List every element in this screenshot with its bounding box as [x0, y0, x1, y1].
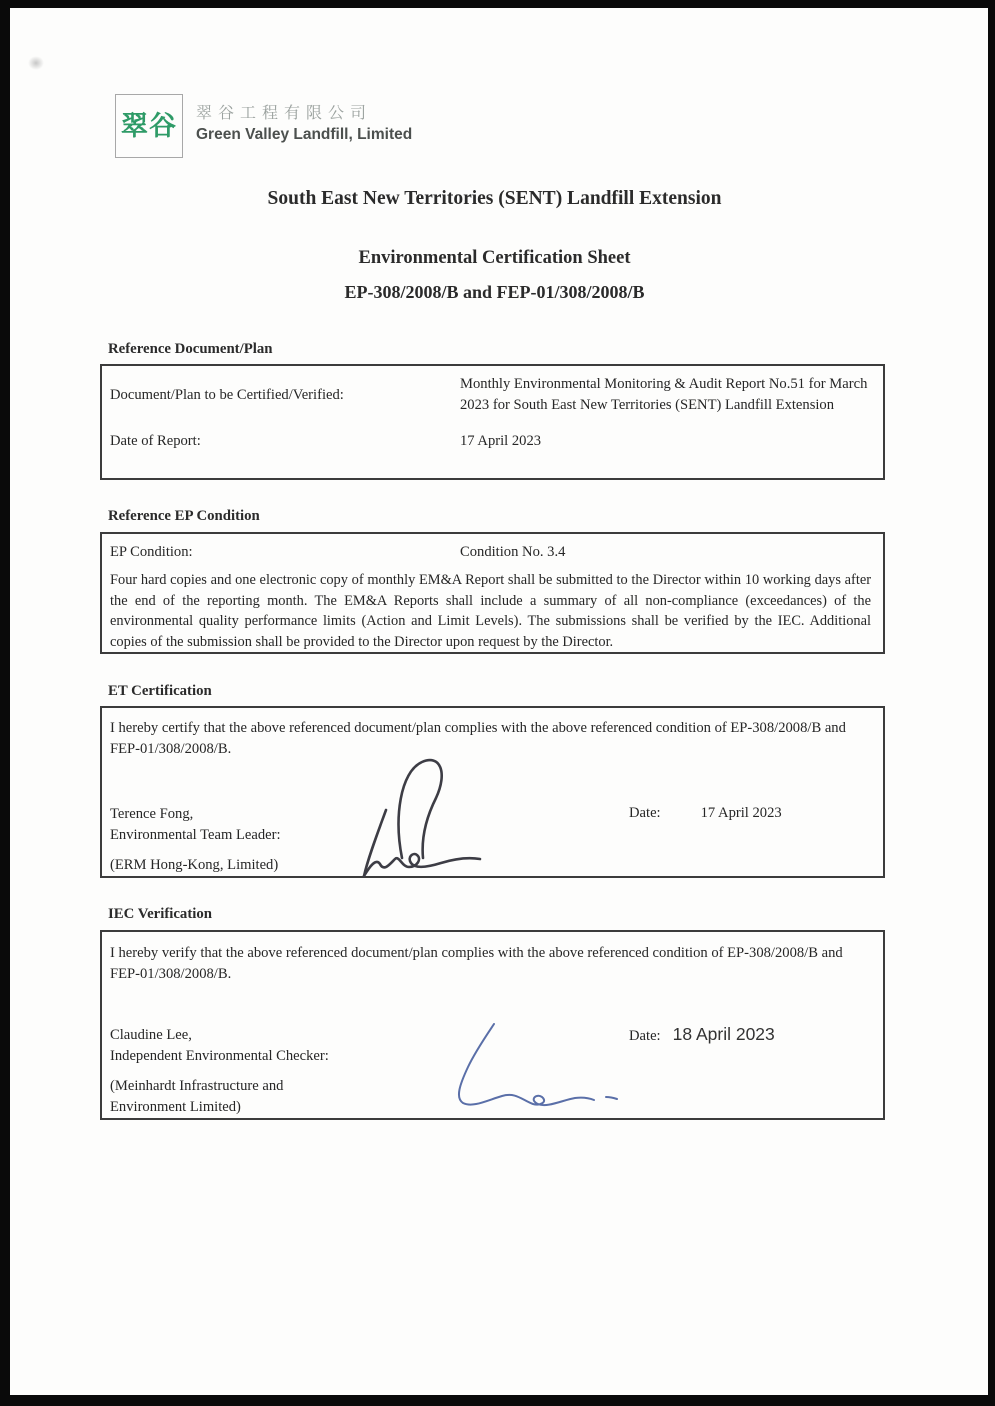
company-names: 翠谷工程有限公司 Green Valley Landfill, Limited [196, 94, 412, 144]
et-date-row: Date: 17 April 2023 [629, 805, 782, 822]
iec-signatory-organisation: (Meinhardt Infrastructure and Environmen… [110, 1076, 345, 1118]
iec-date-label: Date: [629, 1028, 661, 1045]
reference-document-table: Document/Plan to be Certified/Verified: … [100, 364, 885, 480]
scan-artifact [28, 56, 44, 70]
et-certification-box: I hereby certify that the above referenc… [100, 706, 885, 878]
date-of-report-label: Date of Report: [110, 431, 460, 452]
date-of-report-value: 17 April 2023 [460, 431, 873, 452]
iec-date-row: Date: 18 April 2023 [629, 1024, 775, 1045]
ep-condition-value: Condition No. 3.4 [460, 542, 873, 563]
document-plan-value: Monthly Environmental Monitoring & Audit… [460, 374, 873, 416]
company-name-chinese: 翠谷工程有限公司 [196, 100, 412, 123]
iec-signature [430, 1020, 625, 1115]
iec-signatory-block: Claudine Lee, Independent Environmental … [110, 1025, 345, 1118]
iec-verification-statement: I hereby verify that the above reference… [110, 943, 871, 985]
et-signatory-block: Terence Fong, Environmental Team Leader:… [110, 804, 281, 876]
iec-signatory-name: Claudine Lee, [110, 1025, 345, 1046]
iec-date-value: 18 April 2023 [673, 1024, 775, 1045]
et-date-label: Date: [629, 805, 661, 822]
iec-verification-box: I hereby verify that the above reference… [100, 930, 885, 1120]
ep-condition-table: EP Condition: Condition No. 3.4 Four har… [100, 532, 885, 654]
et-certification-statement: I hereby certify that the above referenc… [110, 718, 871, 760]
green-valley-logo-icon: 翠谷 [115, 94, 183, 158]
document-page: 翠谷 翠谷工程有限公司 Green Valley Landfill, Limit… [10, 8, 988, 1395]
company-name-english: Green Valley Landfill, Limited [196, 126, 412, 144]
permit-numbers: EP-308/2008/B and FEP-01/308/2008/B [100, 282, 889, 303]
iec-signatory-title: Independent Environmental Checker: [110, 1046, 345, 1067]
section-heading-reference-ep-condition: Reference EP Condition [108, 508, 260, 525]
et-signatory-name: Terence Fong, [110, 804, 281, 825]
et-date-value: 17 April 2023 [701, 805, 782, 822]
et-signatory-title: Environmental Team Leader: [110, 825, 281, 846]
document-plan-label: Document/Plan to be Certified/Verified: [110, 385, 460, 406]
section-heading-et-certification: ET Certification [108, 683, 212, 700]
et-signatory-organisation: (ERM Hong-Kong, Limited) [110, 855, 281, 876]
company-logo-block: 翠谷 翠谷工程有限公司 Green Valley Landfill, Limit… [115, 94, 412, 158]
ep-condition-description: Four hard copies and one electronic copy… [110, 570, 873, 652]
scanned-page: 翠谷 翠谷工程有限公司 Green Valley Landfill, Limit… [0, 0, 995, 1406]
section-heading-iec-verification: IEC Verification [108, 906, 212, 923]
section-heading-reference-document: Reference Document/Plan [108, 341, 273, 358]
sheet-title: Environmental Certification Sheet [100, 248, 889, 269]
ep-condition-label: EP Condition: [110, 542, 460, 563]
et-signature [350, 756, 490, 878]
document-title: South East New Territories (SENT) Landfi… [100, 188, 889, 210]
